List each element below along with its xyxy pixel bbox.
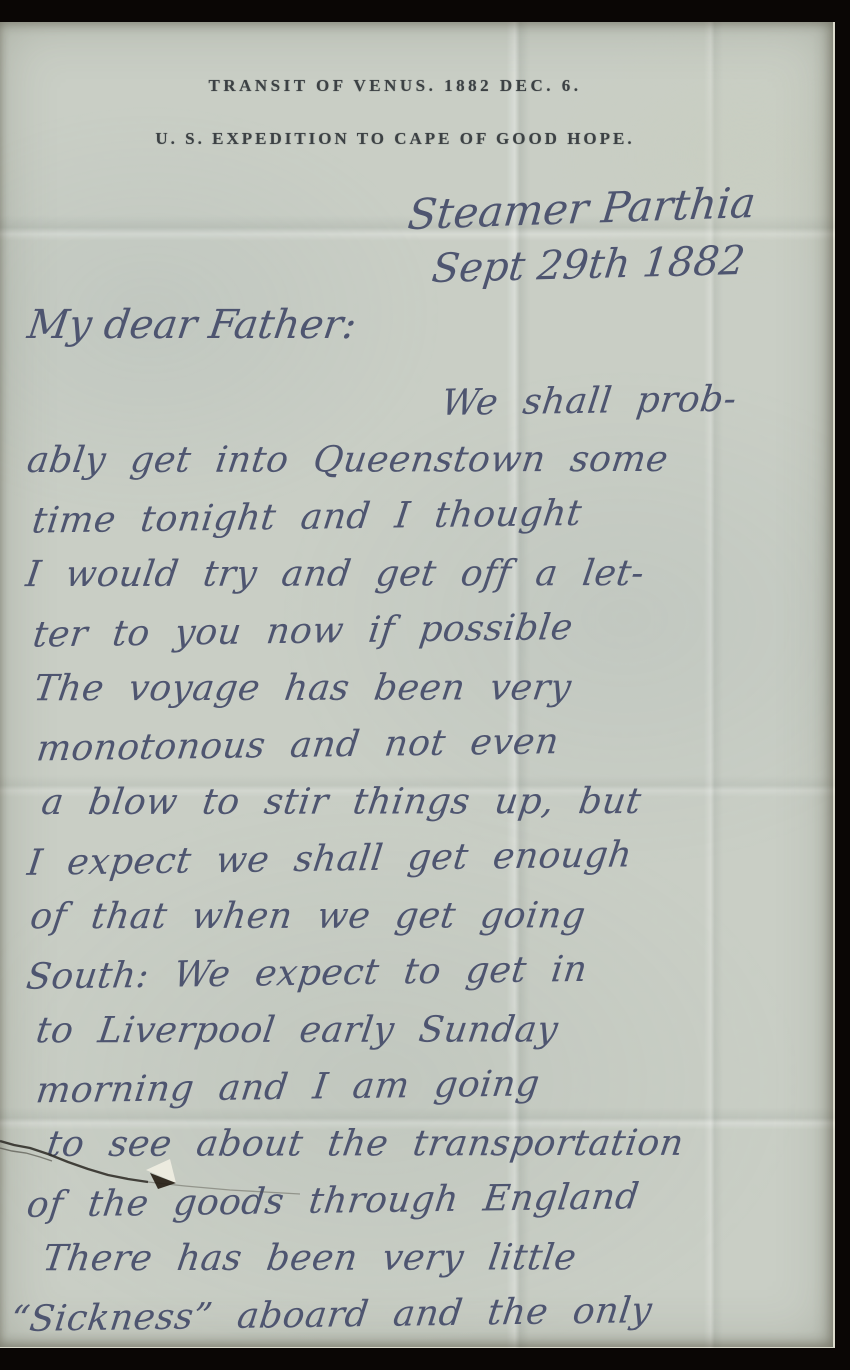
handwritten-line: We shall prob- (442, 371, 830, 431)
handwritten-line: I expect we shall get enough (28, 827, 833, 890)
handwritten-line: of that when we get going (30, 884, 833, 947)
letterhead-subtitle: U. S. EXPEDITION TO CAPE OF GOOD HOPE. (0, 129, 790, 149)
salutation: My dear Father: (28, 302, 356, 348)
handwritten-line: to Liverpool early Sunday (36, 998, 834, 1061)
handwritten-date-line: Sept 29th 1882 (431, 238, 745, 292)
letter-page: TRANSIT OF VENUS. 1882 DEC. 6. U. S. EXP… (0, 22, 835, 1348)
handwritten-line: I would try and get off a let- (26, 542, 831, 605)
paper-tear (0, 1115, 330, 1210)
handwritten-line: South: We expect to get in (27, 941, 834, 1004)
handwritten-line: ter to you now if possible (33, 599, 831, 662)
handwritten-line: morning and I am going (36, 1055, 834, 1118)
handwritten-line: monotonous and not even (37, 713, 832, 776)
handwritten-line: The voyage has been very (34, 656, 832, 719)
letterhead-title: TRANSIT OF VENUS. 1882 DEC. 6. (0, 76, 790, 96)
printed-letterhead: TRANSIT OF VENUS. 1882 DEC. 6. U. S. EXP… (0, 76, 790, 149)
handwritten-line: There has been very little (43, 1226, 836, 1289)
handwritten-place-line: Steamer Parthia (407, 178, 756, 239)
handwritten-line: ably get into Queenstown some (27, 428, 830, 491)
handwritten-line: a blow to stir things up, but (41, 770, 832, 833)
handwritten-line: “Sickness” aboard and the only (11, 1283, 836, 1346)
handwritten-line: time tonight and I thought (32, 485, 830, 548)
